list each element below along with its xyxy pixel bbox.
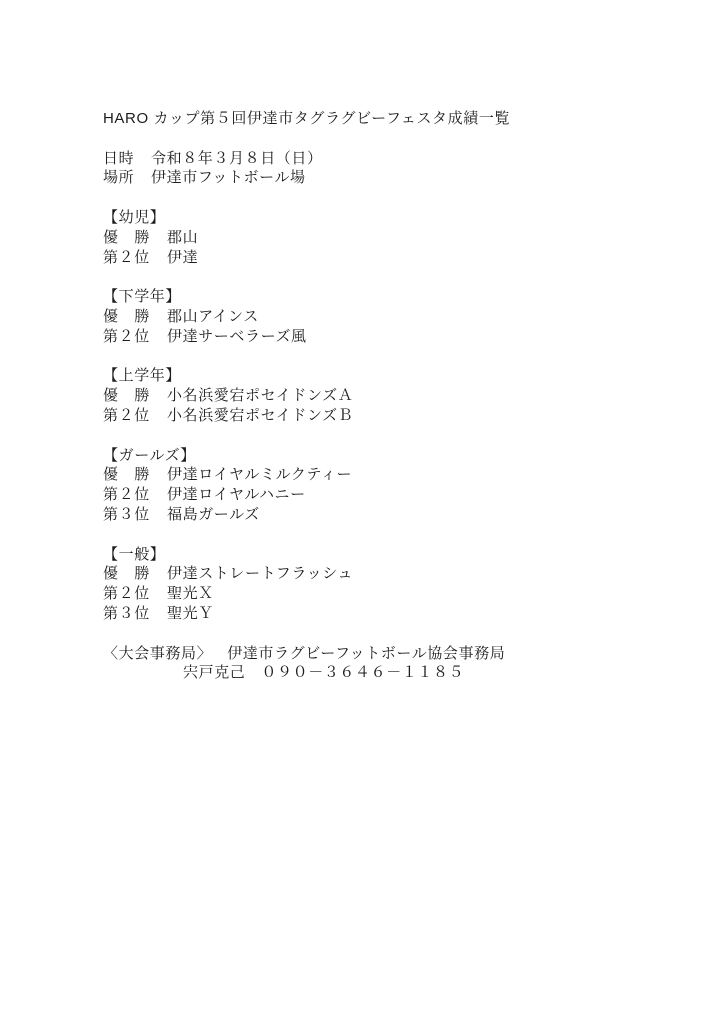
document-content: HARO カップ第５回伊達市タグラグビーフェスタ成績一覧 日時令和８年３月８日（… xyxy=(103,109,695,683)
result-row: 第２位伊達サーベラーズ風 xyxy=(103,327,695,347)
section-header: 【幼児】 xyxy=(103,208,695,228)
rank-label: 第２位 xyxy=(103,327,151,347)
result-row: 優 勝郡山アインス xyxy=(103,307,695,327)
section-general: 【一般】 優 勝伊達ストレートフラッシュ 第２位聖光Ｘ 第３位聖光Ｙ xyxy=(103,545,695,624)
result-row: 第２位伊達 xyxy=(103,248,695,268)
result-row: 第２位小名浜愛宕ポセイドンズＢ xyxy=(103,406,695,426)
page-title: HARO カップ第５回伊達市タグラグビーフェスタ成績一覧 xyxy=(103,109,695,129)
team-name: 伊達ロイヤルミルクティー xyxy=(167,466,352,483)
result-row: 第３位福島ガールズ xyxy=(103,505,695,525)
team-name: 聖光Ｙ xyxy=(167,605,214,622)
section-upper-grades: 【上学年】 優 勝小名浜愛宕ポセイドンズＡ 第２位小名浜愛宕ポセイドンズＢ xyxy=(103,366,695,425)
venue-value: 伊達市フットボール場 xyxy=(151,169,306,186)
team-name: 福島ガールズ xyxy=(167,506,260,523)
rank-label: 第２位 xyxy=(103,485,151,505)
footer-contact-phone: ０９０－３６４６－１１８５ xyxy=(261,664,464,681)
rank-label: 優 勝 xyxy=(103,307,151,327)
result-row: 優 勝郡山 xyxy=(103,228,695,248)
event-venue-row: 場所伊達市フットボール場 xyxy=(103,168,695,188)
result-row: 第３位聖光Ｙ xyxy=(103,604,695,624)
rank-label: 第３位 xyxy=(103,505,151,525)
footer-org-name: 伊達市ラグビーフットボール協会事務局 xyxy=(227,645,505,662)
section-lower-grades: 【下学年】 優 勝郡山アインス 第２位伊達サーベラーズ風 xyxy=(103,287,695,346)
event-date-row: 日時令和８年３月８日（日） xyxy=(103,149,695,169)
result-row: 優 勝小名浜愛宕ポセイドンズＡ xyxy=(103,386,695,406)
rank-label: 第２位 xyxy=(103,248,151,268)
footer-office-row: 〈大会事務局〉伊達市ラグビーフットボール協会事務局 xyxy=(103,644,695,664)
document-page: HARO カップ第５回伊達市タグラグビーフェスタ成績一覧 日時令和８年３月８日（… xyxy=(0,0,725,1024)
footer-contact-name: 宍戸克己 xyxy=(183,663,245,683)
footer-contact-row: 宍戸克己０９０－３６４６－１１８５ xyxy=(103,663,695,683)
section-infants: 【幼児】 優 勝郡山 第２位伊達 xyxy=(103,208,695,267)
rank-label: 第３位 xyxy=(103,604,151,624)
date-value: 令和８年３月８日（日） xyxy=(151,150,323,167)
section-header: 【一般】 xyxy=(103,545,695,565)
team-name: 伊達 xyxy=(167,249,198,266)
footer: 〈大会事務局〉伊達市ラグビーフットボール協会事務局 宍戸克己０９０－３６４６－１… xyxy=(103,644,695,684)
rank-label: 優 勝 xyxy=(103,386,151,406)
rank-label: 第２位 xyxy=(103,584,151,604)
result-row: 優 勝伊達ストレートフラッシュ xyxy=(103,564,695,584)
section-header: 【上学年】 xyxy=(103,366,695,386)
team-name: 伊達ストレートフラッシュ xyxy=(167,565,353,582)
rank-label: 第２位 xyxy=(103,406,151,426)
team-name: 小名浜愛宕ポセイドンズＡ xyxy=(167,387,353,404)
result-row: 優 勝伊達ロイヤルミルクティー xyxy=(103,465,695,485)
section-girls: 【ガールズ】 優 勝伊達ロイヤルミルクティー 第２位伊達ロイヤルハニー 第３位福… xyxy=(103,446,695,525)
team-name: 聖光Ｘ xyxy=(167,585,214,602)
event-info: 日時令和８年３月８日（日） 場所伊達市フットボール場 xyxy=(103,149,695,189)
section-header: 【下学年】 xyxy=(103,287,695,307)
team-name: 伊達サーベラーズ風 xyxy=(167,328,307,345)
rank-label: 優 勝 xyxy=(103,564,151,584)
team-name: 小名浜愛宕ポセイドンズＢ xyxy=(167,407,353,424)
date-label: 日時 xyxy=(103,149,135,169)
venue-label: 場所 xyxy=(103,168,135,188)
result-row: 第２位伊達ロイヤルハニー xyxy=(103,485,695,505)
section-header: 【ガールズ】 xyxy=(103,446,695,466)
result-row: 第２位聖光Ｘ xyxy=(103,584,695,604)
rank-label: 優 勝 xyxy=(103,465,151,485)
team-name: 伊達ロイヤルハニー xyxy=(167,486,306,503)
rank-label: 優 勝 xyxy=(103,228,151,248)
team-name: 郡山アインス xyxy=(167,308,259,325)
team-name: 郡山 xyxy=(167,229,198,246)
footer-office-label: 〈大会事務局〉 xyxy=(103,644,212,664)
